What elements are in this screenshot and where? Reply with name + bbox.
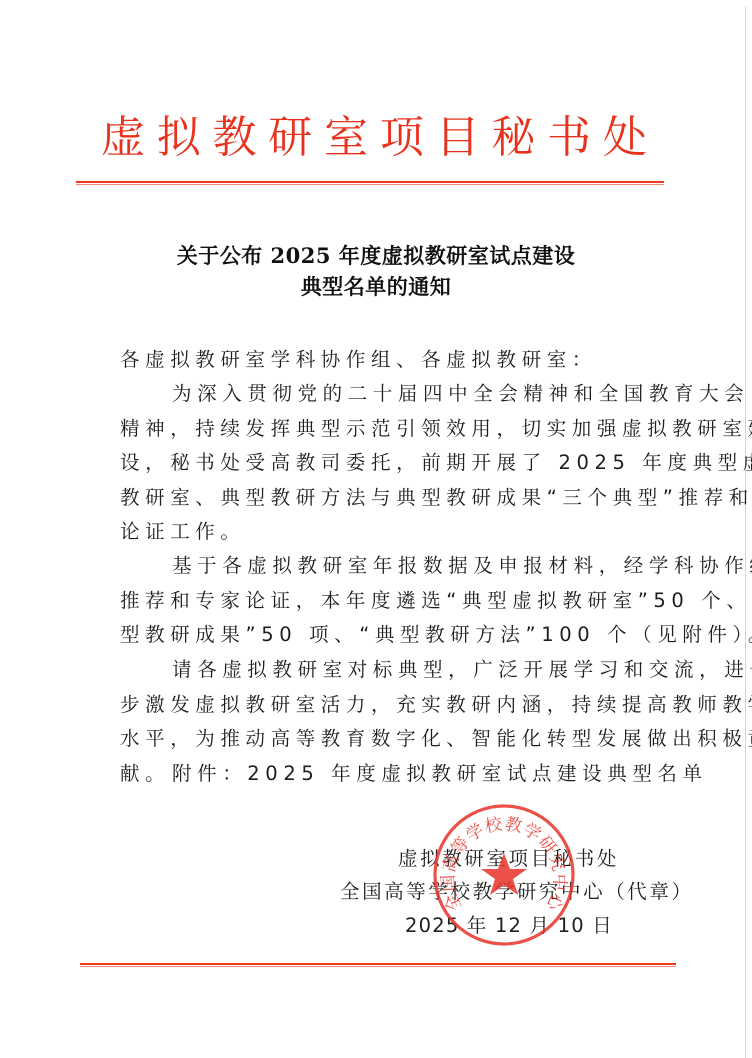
letterhead-char: 项 <box>379 112 425 164</box>
page-edge <box>745 7 746 1058</box>
salutation-text: 各虚拟教研室学科协作组、各虚拟教研室： <box>120 343 630 378</box>
letterhead-char: 目 <box>435 112 481 164</box>
paragraph-line: 设，秘书处受高教司委托，前期开展了 2025 年度典型虚拟 <box>120 446 630 481</box>
paragraph-line: 请各虚拟教研室对标典型，广泛开展学习和交流，进一 <box>120 653 630 688</box>
paragraph-line: 推荐和专家论证，本年度遴选“典型虚拟教研室”50 个、“典 <box>120 584 630 619</box>
salutation: 各虚拟教研室学科协作组、各虚拟教研室： <box>120 343 630 378</box>
letterhead-char: 研 <box>267 112 313 164</box>
signature-org-1: 虚拟教研室项目秘书处 <box>398 843 619 871</box>
paragraph-2: 基于各虚拟教研室年报数据及申报材料，经学科协作组 推荐和专家论证，本年度遴选“典… <box>120 549 630 653</box>
letterhead-char: 室 <box>323 112 369 164</box>
document-title-line1: 关于公布 2025 年度虚拟教研室试点建设 <box>0 240 752 270</box>
letterhead-char: 处 <box>602 112 648 164</box>
letterhead-char: 拟 <box>156 112 202 164</box>
paragraph-line: 精神，持续发挥典型示范引领效用，切实加强虚拟教研室建 <box>120 412 630 447</box>
document-title-line2: 典型名单的通知 <box>0 271 752 301</box>
signature-org-2: 全国高等学校教学研究中心（代章） <box>340 876 694 904</box>
attachment-note: 附件：2025 年度虚拟教研室试点建设典型名单 <box>120 757 630 792</box>
paragraph-line: 基于各虚拟教研室年报数据及申报材料，经学科协作组 <box>120 549 630 584</box>
paragraph-line: 型教研成果”50 项、“典型教研方法”100 个（见附件）。 <box>120 618 630 653</box>
letterhead-title: 虚 拟 教 研 室 项 目 秘 书 处 <box>100 112 648 164</box>
paragraph-line: 为深入贯彻党的二十届四中全会精神和全国教育大会 <box>120 377 630 412</box>
paragraph-1: 为深入贯彻党的二十届四中全会精神和全国教育大会 精神，持续发挥典型示范引领效用，… <box>120 377 630 550</box>
paragraph-line: 教研室、典型教研方法与典型教研成果“三个典型”推荐和 <box>120 481 630 516</box>
letterhead-char: 书 <box>546 112 592 164</box>
paragraph-line: 步激发虚拟教研室活力，充实教研内涵，持续提高教师教学 <box>120 688 630 723</box>
letterhead-char: 教 <box>212 112 258 164</box>
letterhead-char: 秘 <box>490 112 536 164</box>
paragraph-line: 水平，为推动高等教育数字化、智能化转型发展做出积极贡 <box>120 722 630 757</box>
paragraph-line: 论证工作。 <box>120 515 630 550</box>
letterhead-char: 虚 <box>100 112 146 164</box>
attachment-text: 附件：2025 年度虚拟教研室试点建设典型名单 <box>120 757 630 792</box>
signature-date: 2025 年 12 月 10 日 <box>405 910 613 938</box>
